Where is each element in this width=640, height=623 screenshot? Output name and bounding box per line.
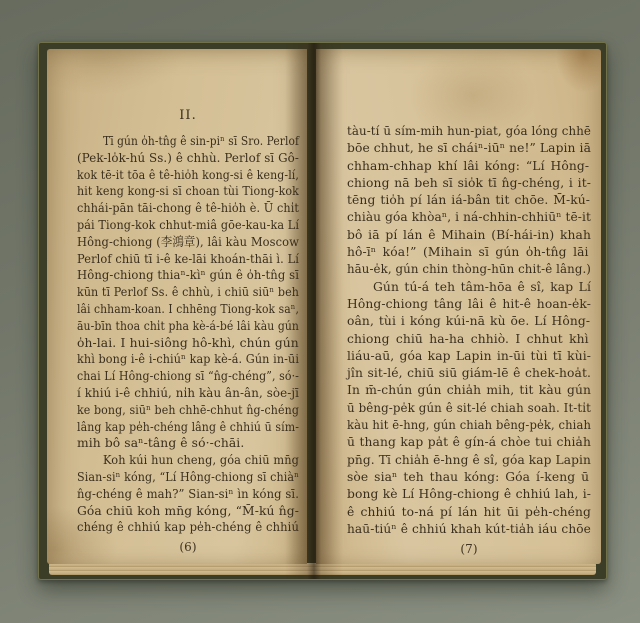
text-line: chiàu góa khòaⁿ, i ná-chhin-chhiūⁿ tē-it [347,209,591,226]
text-line: mih bô saⁿ-tâng ê só·-chāi. [77,435,299,452]
text-line: í khiú i-ê chhiú, ni̍h kàu ân-ân, sòe-jī [77,385,299,402]
text-line: Góa chiū koh mn̄g kóng, “M̄-kú n̂g- [77,503,299,520]
page-left: II. Tī gún o̍h-tn̂g ê sin-piⁿ sī Sro. Pe… [47,49,307,564]
text-line: chéng ê chhiú kap pe̍h-chéng ê chhiú [77,519,299,536]
text-line: Sian-siⁿ kóng, “Lí Hông-chiong sī chiàⁿ [77,469,299,486]
text-line: ū bêng-pe̍k gún ê sit-lé chiah soah. It-… [347,400,591,417]
text-line: Hông-chiong tâng lâi ê hit-ê hoan-e̍k- [347,296,591,313]
text-line: Perlof chiū tī i-ê ke-lāi khoán-thāi ì. … [77,251,299,268]
text-line: lâng kap pe̍h-chéng lâng ê chhiú ū sím- [77,419,299,436]
page-right: tàu-tí ū sím-mih hun-piat, góa lóng chhē… [316,49,601,564]
book: II. Tī gún o̍h-tn̂g ê sin-piⁿ sī Sro. Pe… [38,42,607,580]
text-line: bong kè Lí Hông-chiong ê chhiú lah, i- [347,486,591,503]
text-line: Koh kúi hun cheng, góa chiū mn̄g [103,452,299,469]
text-line: hit keng kong-si sī choan tùi Tiong-kok [77,183,299,200]
text-line: ke bong, siūⁿ beh chhē-chhut n̂g-chéng [77,402,299,419]
text-line: āu-bīn thoa chi̍t pha kè-á-bé lâi kàu gú… [77,318,299,335]
text-line: hô-īⁿ kóa!” (Mihain sī gún o̍h-tn̂g lāi [347,244,591,261]
text-line: tàu-tí ū sím-mih hun-piat, góa lóng chhē [347,123,591,140]
photo-background: II. Tī gún o̍h-tn̂g ê sin-piⁿ sī Sro. Pe… [0,0,640,623]
page-stack-edge [49,563,596,575]
text-line: pn̄g. Tī chia̍h ē-hng ê sî, góa kap Lapi… [347,452,591,469]
text-line: In m̄-chún gún chia̍h mih, tit kàu gún [347,382,591,399]
text-line: chiong chiū ha-ha chhiò. I chhut khì [347,331,591,348]
text-line: chhái-pān tāi-chong ê tê-hio̍h è. Ū chi̍… [77,200,299,217]
page-right-lines: tàu-tí ū sím-mih hun-piat, góa lóng chhē… [347,123,591,538]
text-line: liáu-aū, góa kap Lapin in-ūi tùi tī kùi- [347,348,591,365]
text-line: Hông-chiong (李鴻章), lâi kàu Moscow [77,234,299,251]
text-line: kok tē-it tōa ê tê-hio̍h kong-si ê keng-… [77,167,299,184]
page-left-text: II. Tī gún o̍h-tn̂g ê sin-piⁿ sī Sro. Pe… [77,49,299,554]
text-line: haū-tiúⁿ ê chhiú khah kút-tia̍h iáu chōe [347,521,591,538]
text-line: oân, tùi i kóng kúi-nā kù ōe. Lí Hông- [347,313,591,330]
text-line: pái Tiong-kok chhut-miâ gōe-kau-ka Lí [77,217,299,234]
text-line: Gún tú-á teh tâm-hōa ê sî, kap Lí [373,279,591,296]
page-number-left: (6) [77,540,299,554]
text-line: hāu-e̍k, gún chin thòng-hūn chit-ê lâng.… [347,261,591,278]
text-line: kūn tī Perlof Ss. ê chhù, i chiū siūⁿ be… [77,284,299,301]
text-line: o̍h-lai. I hui-siông hô-khì, chún gún [77,335,299,352]
text-line: jîn sit-lé, chiū siū giám-lē ê chek-hoa̍… [347,365,591,382]
page-right-text: tàu-tí ū sím-mih hun-piat, góa lóng chhē… [347,49,591,556]
text-line: n̂g-chéng ê mah?” Sian-siⁿ ìn kóng sī. [77,486,299,503]
text-line: bô iā pí lán ê Mihain (Bí-hái-in) khah [347,227,591,244]
text-line: sòe siaⁿ teh thau kóng: Góa í-keng ū [347,469,591,486]
text-line: ū thang kap pa̍t ê gín-á chòe tui chia̍h [347,434,591,451]
text-line: chai Lí Hông-chiong sī “n̂g-chéng”, só·- [77,368,299,385]
text-line: Hông-chiong thiaⁿ-kìⁿ gún ê o̍h-tn̂g sī [77,267,299,284]
text-line: ê chhiú to-ná pí lán hit ūi pe̍h-chéng [347,504,591,521]
page-number-right: (7) [347,542,591,556]
page-left-lines: Tī gún o̍h-tn̂g ê sin-piⁿ sī Sro. Perlof… [77,133,299,536]
text-line: tēng tio̍h pí lán iá-bân tit chōe. M̄-kú… [347,192,591,209]
text-line: chiong nā beh sī sio̍k tī n̂g-chéng, i i… [347,175,591,192]
text-line: lâi chham-koan. I chhēng Tiong-kok saⁿ, [77,301,299,318]
text-line: chham-chhap khí lâi kóng: “Lí Hông- [347,158,591,175]
text-line: kàu hit ē-hng, gún chiah bêng-pe̍k, chia… [347,417,591,434]
text-line: Tī gún o̍h-tn̂g ê sin-piⁿ sī Sro. Perlof [103,133,299,150]
text-line: (Pek-lo̍k-hú Ss.) ê chhù. Perlof sī Gô- [77,150,299,167]
text-line: khì bong i-ê i-chiúⁿ kap kè-á. Gún in-ūi [77,351,299,368]
text-line: bōe chhut, he sī cháiⁿ-iūⁿ ne!” Lapin iā [347,140,591,157]
chapter-heading: II. [77,106,299,125]
